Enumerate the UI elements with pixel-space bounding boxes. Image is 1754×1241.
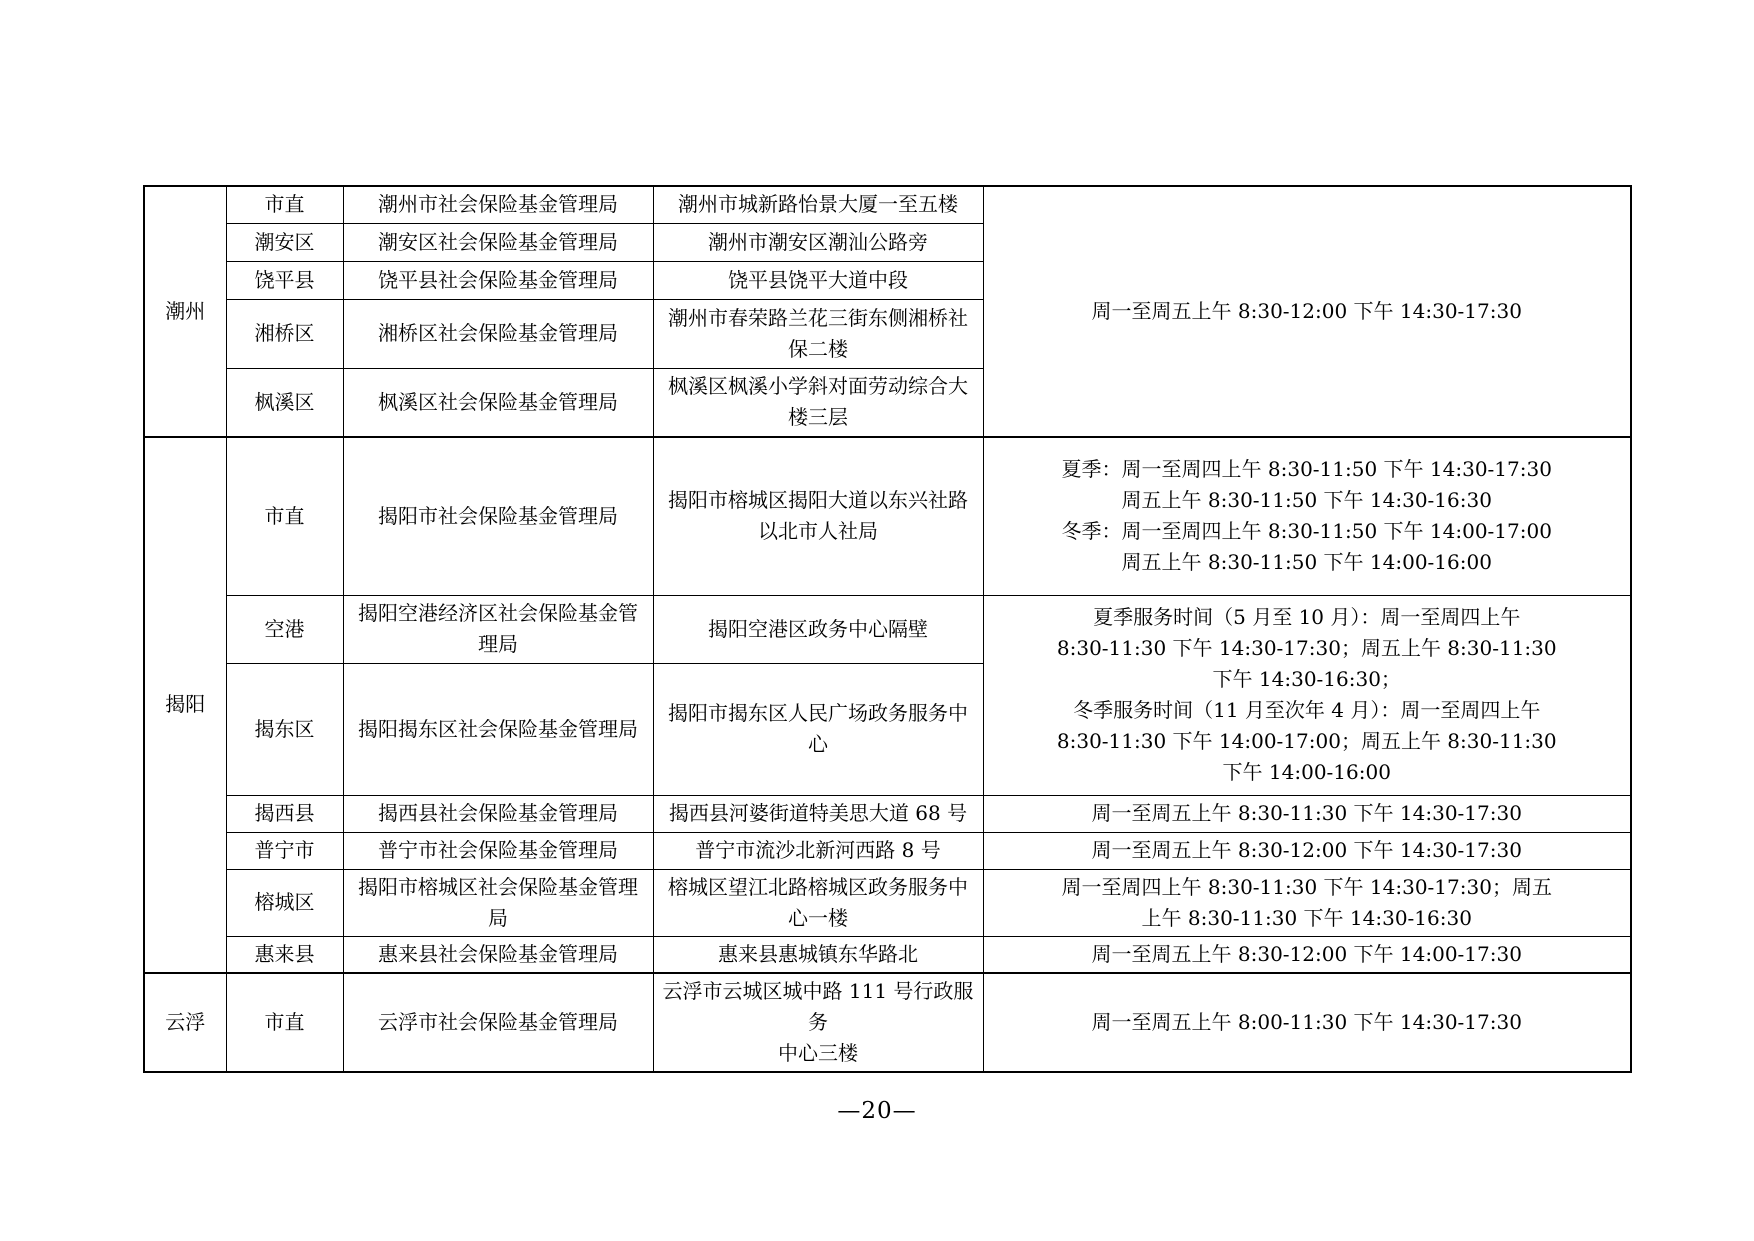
hours-cell: 周一至周四上午 8:30-11:30 下午 14:30-17:30；周五 上午 … bbox=[983, 869, 1631, 936]
bureau-cell: 揭阳市社会保险基金管理局 bbox=[343, 437, 653, 595]
city-cell: 潮州 bbox=[144, 186, 226, 437]
hours-cell: 周一至周五上午 8:30-12:00 下午 14:00-17:30 bbox=[983, 936, 1631, 973]
district-cell: 榕城区 bbox=[226, 869, 343, 936]
section-yunfu: 云浮 市直 云浮市社会保险基金管理局 云浮市云城区城中路 111 号行政服务 中… bbox=[144, 973, 1631, 1072]
address-cell: 潮州市春荣路兰花三街东侧湘桥社 保二楼 bbox=[653, 299, 983, 368]
address-cell: 揭西县河婆街道特美思大道 68 号 bbox=[653, 795, 983, 832]
address-cell: 榕城区望江北路榕城区政务服务中 心一楼 bbox=[653, 869, 983, 936]
section-chaozhou: 潮州 市直 潮州市社会保险基金管理局 潮州市城新路怡景大厦一至五楼 周一至周五上… bbox=[144, 186, 1631, 437]
district-cell: 普宁市 bbox=[226, 832, 343, 869]
address-cell: 揭阳市揭东区人民广场政务服务中 心 bbox=[653, 663, 983, 795]
bureau-cell: 揭西县社会保险基金管理局 bbox=[343, 795, 653, 832]
district-cell: 饶平县 bbox=[226, 261, 343, 299]
address-cell: 云浮市云城区城中路 111 号行政服务 中心三楼 bbox=[653, 973, 983, 1072]
city-cell: 揭阳 bbox=[144, 437, 226, 973]
bureau-cell: 揭阳揭东区社会保险基金管理局 bbox=[343, 663, 653, 795]
address-cell: 揭阳空港区政务中心隔壁 bbox=[653, 595, 983, 663]
district-cell: 惠来县 bbox=[226, 936, 343, 973]
district-cell: 枫溪区 bbox=[226, 368, 343, 437]
district-cell: 湘桥区 bbox=[226, 299, 343, 368]
address-cell: 揭阳市榕城区揭阳大道以东兴社路 以北市人社局 bbox=[653, 437, 983, 595]
district-cell: 揭东区 bbox=[226, 663, 343, 795]
bureau-cell: 枫溪区社会保险基金管理局 bbox=[343, 368, 653, 437]
address-cell: 枫溪区枫溪小学斜对面劳动综合大 楼三层 bbox=[653, 368, 983, 437]
district-cell: 市直 bbox=[226, 973, 343, 1072]
address-cell: 潮州市潮安区潮汕公路旁 bbox=[653, 223, 983, 261]
district-cell: 潮安区 bbox=[226, 223, 343, 261]
bureau-cell: 惠来县社会保险基金管理局 bbox=[343, 936, 653, 973]
address-cell: 普宁市流沙北新河西路 8 号 bbox=[653, 832, 983, 869]
bureau-cell: 潮安区社会保险基金管理局 bbox=[343, 223, 653, 261]
section-jieyang: 揭阳 市直 揭阳市社会保险基金管理局 揭阳市榕城区揭阳大道以东兴社路 以北市人社… bbox=[144, 437, 1631, 973]
bureau-cell: 揭阳市榕城区社会保险基金管理 局 bbox=[343, 869, 653, 936]
district-cell: 市直 bbox=[226, 186, 343, 223]
hours-cell: 周一至周五上午 8:00-11:30 下午 14:30-17:30 bbox=[983, 973, 1631, 1072]
address-cell: 饶平县饶平大道中段 bbox=[653, 261, 983, 299]
document-page: 潮州 市直 潮州市社会保险基金管理局 潮州市城新路怡景大厦一至五楼 周一至周五上… bbox=[0, 0, 1754, 1241]
district-cell: 空港 bbox=[226, 595, 343, 663]
district-cell: 揭西县 bbox=[226, 795, 343, 832]
bureau-cell: 潮州市社会保险基金管理局 bbox=[343, 186, 653, 223]
bureau-cell: 普宁市社会保险基金管理局 bbox=[343, 832, 653, 869]
hours-cell: 周一至周五上午 8:30-12:00 下午 14:30-17:30 bbox=[983, 186, 1631, 437]
city-cell: 云浮 bbox=[144, 973, 226, 1072]
service-agencies-table: 潮州 市直 潮州市社会保险基金管理局 潮州市城新路怡景大厦一至五楼 周一至周五上… bbox=[143, 185, 1632, 1073]
hours-cell: 夏季：周一至周四上午 8:30-11:50 下午 14:30-17:30 周五上… bbox=[983, 437, 1631, 595]
hours-cell: 夏季服务时间（5 月至 10 月）：周一至周四上午 8:30-11:30 下午 … bbox=[983, 595, 1631, 795]
bureau-cell: 云浮市社会保险基金管理局 bbox=[343, 973, 653, 1072]
address-cell: 潮州市城新路怡景大厦一至五楼 bbox=[653, 186, 983, 223]
hours-cell: 周一至周五上午 8:30-11:30 下午 14:30-17:30 bbox=[983, 795, 1631, 832]
district-cell: 市直 bbox=[226, 437, 343, 595]
hours-cell: 周一至周五上午 8:30-12:00 下午 14:30-17:30 bbox=[983, 832, 1631, 869]
page-number: —20— bbox=[0, 1098, 1754, 1124]
address-cell: 惠来县惠城镇东华路北 bbox=[653, 936, 983, 973]
bureau-cell: 湘桥区社会保险基金管理局 bbox=[343, 299, 653, 368]
bureau-cell: 饶平县社会保险基金管理局 bbox=[343, 261, 653, 299]
bureau-cell: 揭阳空港经济区社会保险基金管 理局 bbox=[343, 595, 653, 663]
